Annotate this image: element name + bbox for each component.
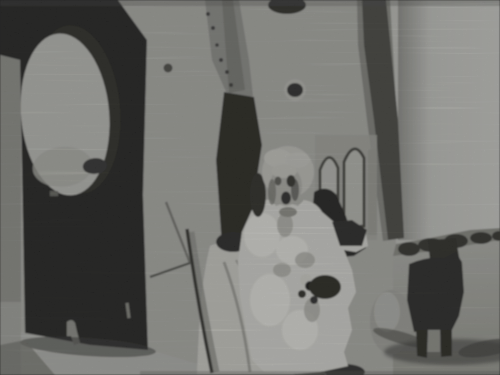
archival-photo-still [0, 0, 500, 375]
grain-streak-layer [0, 0, 500, 375]
photo-canvas [0, 0, 500, 375]
film-grain [0, 0, 500, 375]
